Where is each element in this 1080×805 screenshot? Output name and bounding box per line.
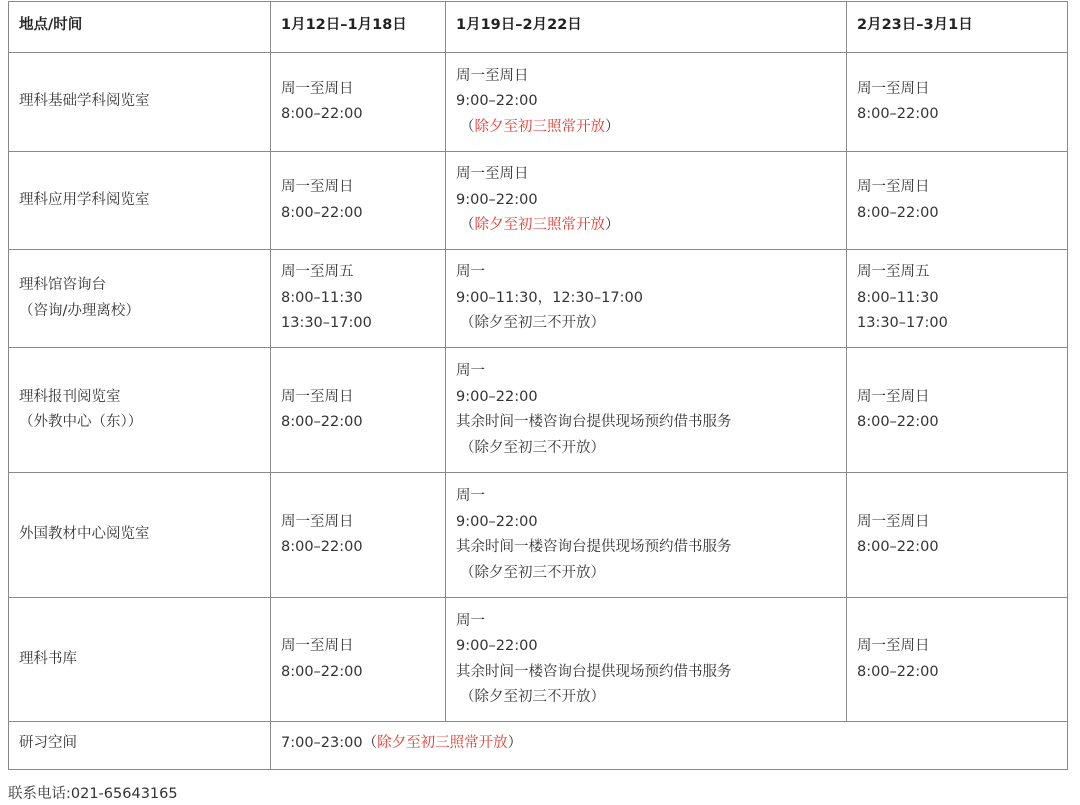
note-bracket-open: （ bbox=[363, 735, 378, 751]
hours-line: 周一至周日 bbox=[281, 77, 435, 103]
hours-line: 8:00–22:00 bbox=[281, 535, 435, 561]
note-bracket: （ bbox=[460, 217, 475, 233]
note-bracket: ） bbox=[605, 119, 620, 135]
contact-phone: 联系电话:021-65643165 bbox=[8, 782, 178, 803]
table-row: 理科书库周一至周日8:00–22:00周一9:00–22:00其余时间一楼咨询台… bbox=[9, 598, 1068, 722]
hours-line: 周一至周日 bbox=[857, 510, 1057, 536]
hours-line: 8:00–11:30 bbox=[857, 286, 1057, 312]
hours-line: 周一至周日 bbox=[281, 385, 435, 411]
note-bracket: ） bbox=[591, 689, 606, 705]
hours-line: 周一至周日 bbox=[857, 634, 1057, 660]
hours-line: 8:00–22:00 bbox=[857, 102, 1057, 128]
table-header-row: 地点/时间 1月12日–1月18日 1月19日–2月22日 2月23日–3月1日 bbox=[9, 2, 1068, 53]
hours-line: 周一至周日 bbox=[857, 385, 1057, 411]
hours-line: 周一至周五 bbox=[857, 260, 1057, 286]
hours-line: 8:00–22:00 bbox=[281, 410, 435, 436]
cell-period-1: 周一至周五8:00–11:3013:30–17:00 bbox=[271, 250, 446, 348]
location-name: （外教中心（东）） bbox=[19, 410, 260, 436]
cell-period-2: 周一至周日9:00–22:00（除夕至初三照常开放） bbox=[446, 53, 847, 152]
holiday-note-line: （除夕至初三不开放） bbox=[456, 436, 836, 462]
holiday-note: 除夕至初三照常开放 bbox=[475, 217, 606, 233]
cell-location: 理科基础学科阅览室 bbox=[9, 53, 271, 152]
holiday-note-line: （除夕至初三照常开放） bbox=[456, 115, 836, 141]
cell-period-2: 周一至周日9:00–22:00（除夕至初三照常开放） bbox=[446, 152, 847, 250]
hours-line: 9:00–22:00 bbox=[456, 385, 836, 411]
hours-line: 周一至周日 bbox=[456, 162, 836, 188]
note-bracket: （ bbox=[460, 119, 475, 135]
hours-line: 9:00–11:30，12:30–17:00 bbox=[456, 286, 836, 312]
note-bracket: ） bbox=[591, 315, 606, 331]
table-row-study-space: 研习空间 7:00–23:00（除夕至初三照常开放） bbox=[9, 722, 1068, 770]
holiday-note: 除夕至初三不开放 bbox=[475, 315, 591, 331]
holiday-note: 除夕至初三照常开放 bbox=[475, 119, 606, 135]
hours-line: 其余时间一楼咨询台提供现场预约借书服务 bbox=[456, 535, 836, 561]
hours-line: 周一 bbox=[456, 484, 836, 510]
hours-line: 周一至周日 bbox=[281, 510, 435, 536]
hours-line: 8:00–11:30 bbox=[281, 286, 435, 312]
hours-text: 7:00–23:00 bbox=[281, 735, 363, 751]
cell-period-3: 周一至周日8:00–22:00 bbox=[847, 348, 1068, 473]
location-name: 理科报刊阅览室 bbox=[19, 385, 260, 411]
hours-line: 8:00–22:00 bbox=[857, 201, 1057, 227]
cell-period-3: 周一至周日8:00–22:00 bbox=[847, 53, 1068, 152]
note-bracket: ） bbox=[591, 565, 606, 581]
note-bracket-close: ） bbox=[508, 735, 523, 751]
hours-line: 8:00–22:00 bbox=[857, 410, 1057, 436]
header-period-2: 1月19日–2月22日 bbox=[446, 2, 847, 53]
hours-line: 周一至周日 bbox=[281, 175, 435, 201]
hours-line: 周一至周五 bbox=[281, 260, 435, 286]
header-period-3: 2月23日–3月1日 bbox=[847, 2, 1068, 53]
holiday-note-line: （除夕至初三不开放） bbox=[456, 311, 836, 337]
cell-location: 理科书库 bbox=[9, 598, 271, 722]
cell-period-1: 周一至周日8:00–22:00 bbox=[271, 598, 446, 722]
hours-line: 8:00–22:00 bbox=[281, 102, 435, 128]
note-bracket: （ bbox=[460, 315, 475, 331]
note-bracket: ） bbox=[591, 440, 606, 456]
table-row: 理科应用学科阅览室周一至周日8:00–22:00周一至周日9:00–22:00（… bbox=[9, 152, 1068, 250]
cell-period-3: 周一至周日8:00–22:00 bbox=[847, 598, 1068, 722]
location-name: 理科书库 bbox=[19, 647, 260, 673]
hours-line: 8:00–22:00 bbox=[857, 660, 1057, 686]
hours-line: 周一 bbox=[456, 609, 836, 635]
hours-line: 8:00–22:00 bbox=[857, 535, 1057, 561]
holiday-note: 除夕至初三不开放 bbox=[475, 565, 591, 581]
cell-period-2: 周一9:00–11:30，12:30–17:00（除夕至初三不开放） bbox=[446, 250, 847, 348]
hours-line: 9:00–22:00 bbox=[456, 510, 836, 536]
hours-line: 9:00–22:00 bbox=[456, 188, 836, 214]
hours-line: 13:30–17:00 bbox=[857, 311, 1057, 337]
hours-line: 周一至周日 bbox=[456, 64, 836, 90]
hours-line: 周一 bbox=[456, 359, 836, 385]
hours-line: 其余时间一楼咨询台提供现场预约借书服务 bbox=[456, 410, 836, 436]
cell-period-3: 周一至周日8:00–22:00 bbox=[847, 152, 1068, 250]
cell-location: 理科应用学科阅览室 bbox=[9, 152, 271, 250]
table-row: 理科馆咨询台（咨询/办理离校）周一至周五8:00–11:3013:30–17:0… bbox=[9, 250, 1068, 348]
cell-period-1: 周一至周日8:00–22:00 bbox=[271, 53, 446, 152]
cell-period-3: 周一至周五8:00–11:3013:30–17:00 bbox=[847, 250, 1068, 348]
holiday-note: 除夕至初三不开放 bbox=[475, 689, 591, 705]
hours-line: 周一 bbox=[456, 260, 836, 286]
cell-period-1: 周一至周日8:00–22:00 bbox=[271, 348, 446, 473]
holiday-note-line: （除夕至初三不开放） bbox=[456, 685, 836, 711]
location-name: 研习空间 bbox=[19, 731, 260, 757]
cell-location: 理科馆咨询台（咨询/办理离校） bbox=[9, 250, 271, 348]
table-row: 外国教材中心阅览室周一至周日8:00–22:00周一9:00–22:00其余时间… bbox=[9, 473, 1068, 598]
holiday-note: 除夕至初三照常开放 bbox=[377, 735, 508, 751]
holiday-note-line: （除夕至初三不开放） bbox=[456, 561, 836, 587]
cell-location: 理科报刊阅览室（外教中心（东）） bbox=[9, 348, 271, 473]
hours-line: 9:00–22:00 bbox=[456, 634, 836, 660]
cell-period-2: 周一9:00–22:00其余时间一楼咨询台提供现场预约借书服务（除夕至初三不开放… bbox=[446, 473, 847, 598]
hours-line: 周一至周日 bbox=[857, 77, 1057, 103]
cell-period-2: 周一9:00–22:00其余时间一楼咨询台提供现场预约借书服务（除夕至初三不开放… bbox=[446, 348, 847, 473]
header-period-1: 1月12日–1月18日 bbox=[271, 2, 446, 53]
cell-period-2: 周一9:00–22:00其余时间一楼咨询台提供现场预约借书服务（除夕至初三不开放… bbox=[446, 598, 847, 722]
hours-line: 周一至周日 bbox=[857, 175, 1057, 201]
hours-line: 13:30–17:00 bbox=[281, 311, 435, 337]
cell-study-space-hours: 7:00–23:00（除夕至初三照常开放） bbox=[271, 722, 1068, 770]
location-name: 理科应用学科阅览室 bbox=[19, 188, 260, 214]
cell-location: 外国教材中心阅览室 bbox=[9, 473, 271, 598]
hours-line: 8:00–22:00 bbox=[281, 660, 435, 686]
cell-period-1: 周一至周日8:00–22:00 bbox=[271, 473, 446, 598]
hours-line: 8:00–22:00 bbox=[281, 201, 435, 227]
note-bracket: （ bbox=[460, 440, 475, 456]
hours-line: 周一至周日 bbox=[281, 634, 435, 660]
holiday-note-line: （除夕至初三照常开放） bbox=[456, 213, 836, 239]
hours-line: 其余时间一楼咨询台提供现场预约借书服务 bbox=[456, 660, 836, 686]
cell-location: 研习空间 bbox=[9, 722, 271, 770]
cell-period-3: 周一至周日8:00–22:00 bbox=[847, 473, 1068, 598]
location-name: 理科馆咨询台 bbox=[19, 273, 260, 299]
note-bracket: ） bbox=[605, 217, 620, 233]
location-name: 理科基础学科阅览室 bbox=[19, 89, 260, 115]
library-hours-table: 地点/时间 1月12日–1月18日 1月19日–2月22日 2月23日–3月1日… bbox=[8, 1, 1068, 770]
cell-period-1: 周一至周日8:00–22:00 bbox=[271, 152, 446, 250]
note-bracket: （ bbox=[460, 565, 475, 581]
location-name: （咨询/办理离校） bbox=[19, 299, 260, 325]
holiday-note: 除夕至初三不开放 bbox=[475, 440, 591, 456]
location-name: 外国教材中心阅览室 bbox=[19, 522, 260, 548]
hours-line: 9:00–22:00 bbox=[456, 89, 836, 115]
table-row: 理科报刊阅览室（外教中心（东））周一至周日8:00–22:00周一9:00–22… bbox=[9, 348, 1068, 473]
note-bracket: （ bbox=[460, 689, 475, 705]
table-row: 理科基础学科阅览室周一至周日8:00–22:00周一至周日9:00–22:00（… bbox=[9, 53, 1068, 152]
header-location-time: 地点/时间 bbox=[9, 2, 271, 53]
